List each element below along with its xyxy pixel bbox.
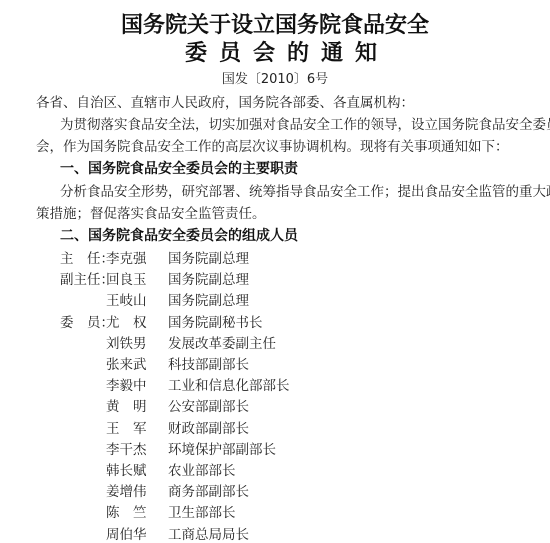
member-position: 工业和信息化部部长: [168, 376, 290, 396]
member-position: 农业部部长: [168, 461, 236, 481]
document-number: 国发〔2010〕6号: [0, 68, 550, 87]
section-1-text-line-1: 分析食品安全形势，研究部署、统筹指导食品安全工作；提出食品安全监管的重大政: [60, 182, 550, 202]
member-name: 李干杰: [106, 440, 147, 460]
member-name: 刘铁男: [106, 334, 147, 354]
addressee: 各省、自治区、直辖市人民政府，国务院各部委、各直属机构：: [36, 93, 414, 113]
member-position: 商务部副部长: [168, 482, 249, 502]
member-name: 姜增伟: [106, 482, 147, 502]
member-name: 黄 明: [106, 397, 147, 417]
member-name: 陈 竺: [106, 503, 147, 523]
intro-paragraph-line-1: 为贯彻落实食品安全法，切实加强对食品安全工作的领导，设立国务院食品安全委员: [60, 115, 550, 135]
member-position: 国务院副总理: [168, 291, 249, 311]
member-position: 国务院副总理: [168, 249, 249, 269]
member-name: 周伯华: [106, 525, 147, 543]
member-name: 王 军: [106, 419, 147, 439]
member-name: 回良玉: [106, 270, 147, 290]
member-position: 发展改革委副主任: [168, 334, 276, 354]
member-name: 王岐山: [106, 291, 147, 311]
intro-paragraph-line-2: 会，作为国务院食品安全工作的高层次议事协调机构。现将有关事项通知如下：: [36, 137, 509, 157]
member-name: 韩长赋: [106, 461, 147, 481]
member-position: 卫生部部长: [168, 503, 236, 523]
member-position: 公安部副部长: [168, 397, 249, 417]
section-1-heading: 一、国务院食品安全委员会的主要职责: [60, 159, 298, 179]
member-position: 国务院副总理: [168, 270, 249, 290]
section-2-heading: 二、国务院食品安全委员会的组成人员: [60, 226, 298, 246]
member-position: 科技部副部长: [168, 355, 249, 375]
member-name: 李毅中: [106, 376, 147, 396]
member-position: 财政部副部长: [168, 419, 249, 439]
document-title-line-2: 委员会的通知: [0, 40, 550, 66]
section-1-text-line-2: 策措施；督促落实食品安全监管责任。: [36, 204, 266, 224]
member-name: 李克强: [106, 249, 147, 269]
member-name: 尤 权: [106, 313, 147, 333]
member-position: 环境保护部副部长: [168, 440, 276, 460]
document-title-line-1: 国务院关于设立国务院食品安全: [0, 12, 550, 38]
member-position: 国务院副秘书长: [168, 313, 263, 333]
member-name: 张来武: [106, 355, 147, 375]
member-position: 工商总局局长: [168, 525, 249, 543]
